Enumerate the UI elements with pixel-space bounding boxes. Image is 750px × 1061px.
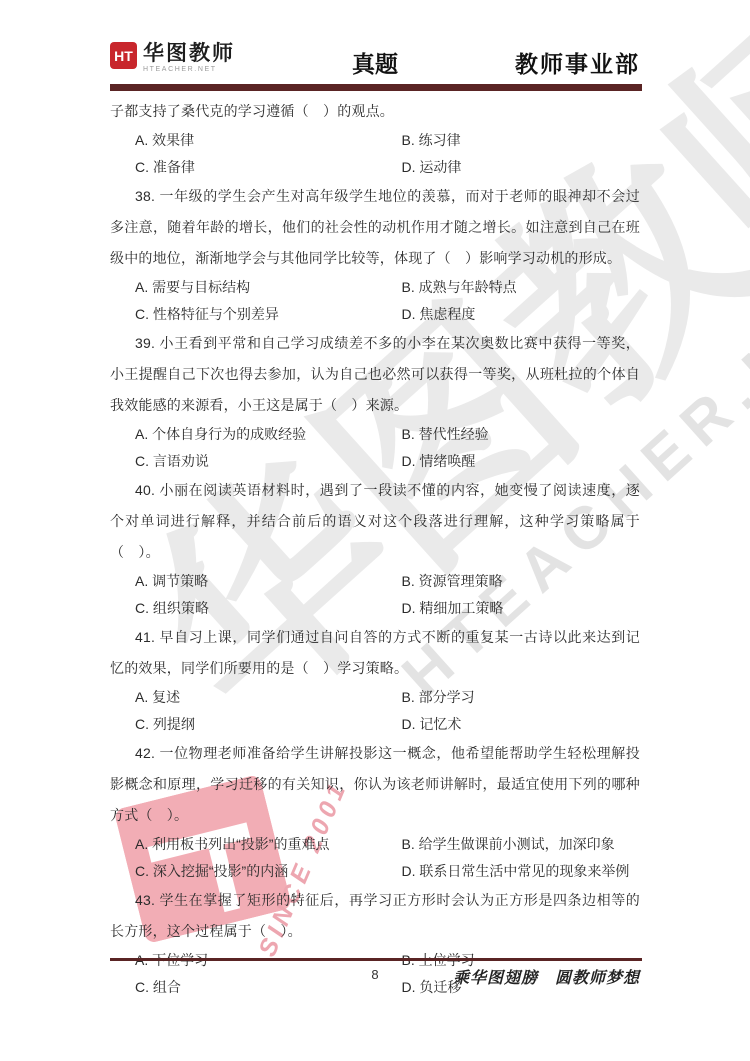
header-rule: [110, 84, 642, 91]
option: D. 联系日常生活中常见的现象来举例: [402, 858, 641, 885]
page-footer: 8 乘华图翅膀 圆教师梦想: [110, 964, 640, 990]
option: C. 准备律: [110, 154, 402, 181]
option: B. 资源管理策略: [402, 568, 641, 595]
option: D. 情绪唤醒: [402, 448, 641, 475]
option: C. 组织策略: [110, 595, 402, 622]
options-grid: A. 利用板书列出“投影”的重难点B. 给学生做课前小测试，加深印象C. 深入挖…: [110, 831, 640, 885]
exam-page: 华图教师 HTEACHER.NET SINCE 2001 HT 华图教师 HTE…: [0, 0, 750, 1061]
options-grid: A. 复述B. 部分学习C. 列提纲D. 记忆术: [110, 684, 640, 738]
question-block: 38. 一年级的学生会产生对高年级学生地位的羡慕，而对于老师的眼神却不会过多注意…: [110, 181, 640, 328]
option: D. 精细加工策略: [402, 595, 641, 622]
question-text: 40. 小丽在阅读英语材料时，遇到了一段读不懂的内容，她变慢了阅读速度，逐个对单…: [110, 475, 640, 568]
option: C. 列提纲: [110, 711, 402, 738]
option: C. 性格特征与个别差异: [110, 301, 402, 328]
option: B. 部分学习: [402, 684, 641, 711]
options-grid: A. 调节策略B. 资源管理策略C. 组织策略D. 精细加工策略: [110, 568, 640, 622]
question-text: 43. 学生在掌握了矩形的特征后，再学习正方形时会认为正方形是四条边相等的长方形…: [110, 885, 640, 947]
option: C. 言语劝说: [110, 448, 402, 475]
option: A. 个体自身行为的成败经验: [110, 421, 402, 448]
option: B. 给学生做课前小测试，加深印象: [402, 831, 641, 858]
page-header: HT 华图教师 HTEACHER.NET 真题 教师事业部: [110, 40, 640, 82]
question-text: 42. 一位物理老师准备给学生讲解投影这一概念，他希望能帮助学生轻松理解投影概念…: [110, 738, 640, 831]
option: D. 记忆术: [402, 711, 641, 738]
option: A. 效果律: [110, 127, 402, 154]
option: D. 焦虑程度: [402, 301, 641, 328]
options-grid: A. 需要与目标结构B. 成熟与年龄特点C. 性格特征与个别差异D. 焦虑程度: [110, 274, 640, 328]
option: A. 需要与目标结构: [110, 274, 402, 301]
option: B. 成熟与年龄特点: [402, 274, 641, 301]
option: D. 运动律: [402, 154, 641, 181]
question-text: 41. 早自习上课，同学们通过自问自答的方式不断的重复某一古诗以此来达到记忆的效…: [110, 622, 640, 684]
question-block: 子都支持了桑代克的学习遵循（ ）的观点。A. 效果律B. 练习律C. 准备律D.…: [110, 96, 640, 181]
option: A. 调节策略: [110, 568, 402, 595]
option: B. 练习律: [402, 127, 641, 154]
questions-list: 子都支持了桑代克的学习遵循（ ）的观点。A. 效果律B. 练习律C. 准备律D.…: [110, 96, 640, 1001]
options-grid: A. 个体自身行为的成败经验B. 替代性经验C. 言语劝说D. 情绪唤醒: [110, 421, 640, 475]
option: A. 利用板书列出“投影”的重难点: [110, 831, 402, 858]
question-text: 38. 一年级的学生会产生对高年级学生地位的羡慕，而对于老师的眼神却不会过多注意…: [110, 181, 640, 274]
question-text: 39. 小王看到平常和自己学习成绩差不多的小李在某次奥数比赛中获得一等奖，小王提…: [110, 328, 640, 421]
footer-rule: [110, 958, 642, 961]
option: A. 复述: [110, 684, 402, 711]
question-text: 子都支持了桑代克的学习遵循（ ）的观点。: [110, 96, 640, 127]
question-block: 42. 一位物理老师准备给学生讲解投影这一概念，他希望能帮助学生轻松理解投影概念…: [110, 738, 640, 885]
options-grid: A. 效果律B. 练习律C. 准备律D. 运动律: [110, 127, 640, 181]
question-block: 40. 小丽在阅读英语材料时，遇到了一段读不懂的内容，她变慢了阅读速度，逐个对单…: [110, 475, 640, 622]
footer-slogan: 乘华图翅膀 圆教师梦想: [453, 965, 640, 988]
question-block: 41. 早自习上课，同学们通过自问自答的方式不断的重复某一古诗以此来达到记忆的效…: [110, 622, 640, 738]
option: B. 替代性经验: [402, 421, 641, 448]
option: C. 深入挖掘“投影”的内涵: [110, 858, 402, 885]
department-title: 教师事业部: [515, 46, 640, 79]
question-block: 39. 小王看到平常和自己学习成绩差不多的小李在某次奥数比赛中获得一等奖，小王提…: [110, 328, 640, 475]
